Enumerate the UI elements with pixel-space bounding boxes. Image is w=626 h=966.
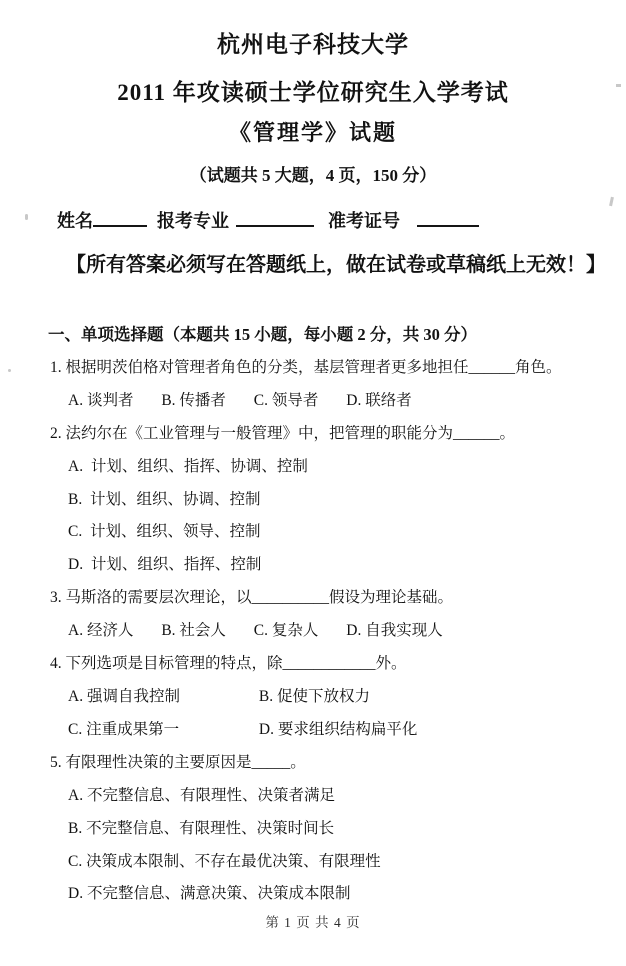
question-2-stem: 2. 法约尔在《工业管理与一般管理》中，把管理的职能分为______。 <box>0 418 626 451</box>
exam-paper-page: 杭州电子科技大学 2011 年攻读硕士学位研究生入学考试 《管理学》试题 （试题… <box>0 0 626 966</box>
candidate-fields-row: 姓名报考专业准考证号 <box>0 210 626 232</box>
university-name: 杭州电子科技大学 <box>0 33 626 57</box>
question-4-option-b: B. 促使下放权力 <box>259 681 370 714</box>
question-1-stem: 1. 根据明茨伯格对管理者角色的分类，基层管理者更多地担任______角色。 <box>0 352 626 385</box>
major-label: 报考专业 <box>157 211 229 231</box>
question-5-option-c: C. 决策成本限制、不存在最优决策、有限理性 <box>0 846 626 879</box>
ticket-blank-line <box>417 210 479 227</box>
scan-artifact <box>616 84 621 87</box>
name-blank-line <box>93 210 147 227</box>
question-1-option-d: D. 联络者 <box>346 385 411 418</box>
question-4-option-a: A. 强调自我控制 <box>68 681 255 714</box>
question-4-stem: 4. 下列选项是目标管理的特点，除____________外。 <box>0 648 626 681</box>
section-1-heading: 一、单项选择题（本题共 15 小题，每小题 2 分，共 30 分） <box>0 319 626 352</box>
major-blank-line <box>236 210 314 227</box>
question-2-option-c: C. 计划、组织、领导、控制 <box>0 516 626 549</box>
question-5-stem: 5. 有限理性决策的主要原因是_____。 <box>0 747 626 780</box>
question-4-options-row-2: C. 注重成果第一 D. 要求组织结构扁平化 <box>0 714 626 747</box>
ticket-label: 准考证号 <box>328 211 400 231</box>
answer-sheet-notice: 【所有答案必须写在答题纸上，做在试卷或草稿纸上无效！】 <box>0 252 626 278</box>
question-1-option-a: A. 谈判者 <box>68 385 133 418</box>
question-4-option-c: C. 注重成果第一 <box>68 714 255 747</box>
question-3-stem: 3. 马斯洛的需要层次理论，以__________假设为理论基础。 <box>0 582 626 615</box>
paper-title: 《管理学》试题 <box>0 121 626 145</box>
paper-info: （试题共 5 大题，4 页，150 分） <box>0 165 626 187</box>
question-1-option-b: B. 传播者 <box>161 385 226 418</box>
question-4-options-row-1: A. 强调自我控制 B. 促使下放权力 <box>0 681 626 714</box>
question-5-option-b: B. 不完整信息、有限理性、决策时间长 <box>0 813 626 846</box>
question-3-option-c: C. 复杂人 <box>254 615 319 648</box>
question-3-option-b: B. 社会人 <box>161 615 226 648</box>
question-5-option-a: A. 不完整信息、有限理性、决策者满足 <box>0 780 626 813</box>
question-2-option-a: A. 计划、组织、指挥、协调、控制 <box>0 451 626 484</box>
scan-artifact <box>25 214 28 220</box>
scan-artifact <box>8 369 11 372</box>
question-2-option-d: D. 计划、组织、指挥、控制 <box>0 549 626 582</box>
question-3-option-a: A. 经济人 <box>68 615 133 648</box>
question-3-options: A. 经济人 B. 社会人 C. 复杂人 D. 自我实现人 <box>0 615 626 648</box>
question-5-option-d: D. 不完整信息、满意决策、决策成本限制 <box>0 878 626 911</box>
question-1-options: A. 谈判者 B. 传播者 C. 领导者 D. 联络者 <box>0 385 626 418</box>
question-4-option-d: D. 要求组织结构扁平化 <box>259 714 417 747</box>
page-number-footer: 第 1 页 共 4 页 <box>0 913 626 933</box>
question-1-option-c: C. 领导者 <box>254 385 319 418</box>
name-label: 姓名 <box>57 211 93 231</box>
scan-artifact <box>609 197 614 206</box>
exam-title: 2011 年攻读硕士学位研究生入学考试 <box>0 81 626 105</box>
question-2-option-b: B. 计划、组织、协调、控制 <box>0 484 626 517</box>
question-3-option-d: D. 自我实现人 <box>346 615 442 648</box>
